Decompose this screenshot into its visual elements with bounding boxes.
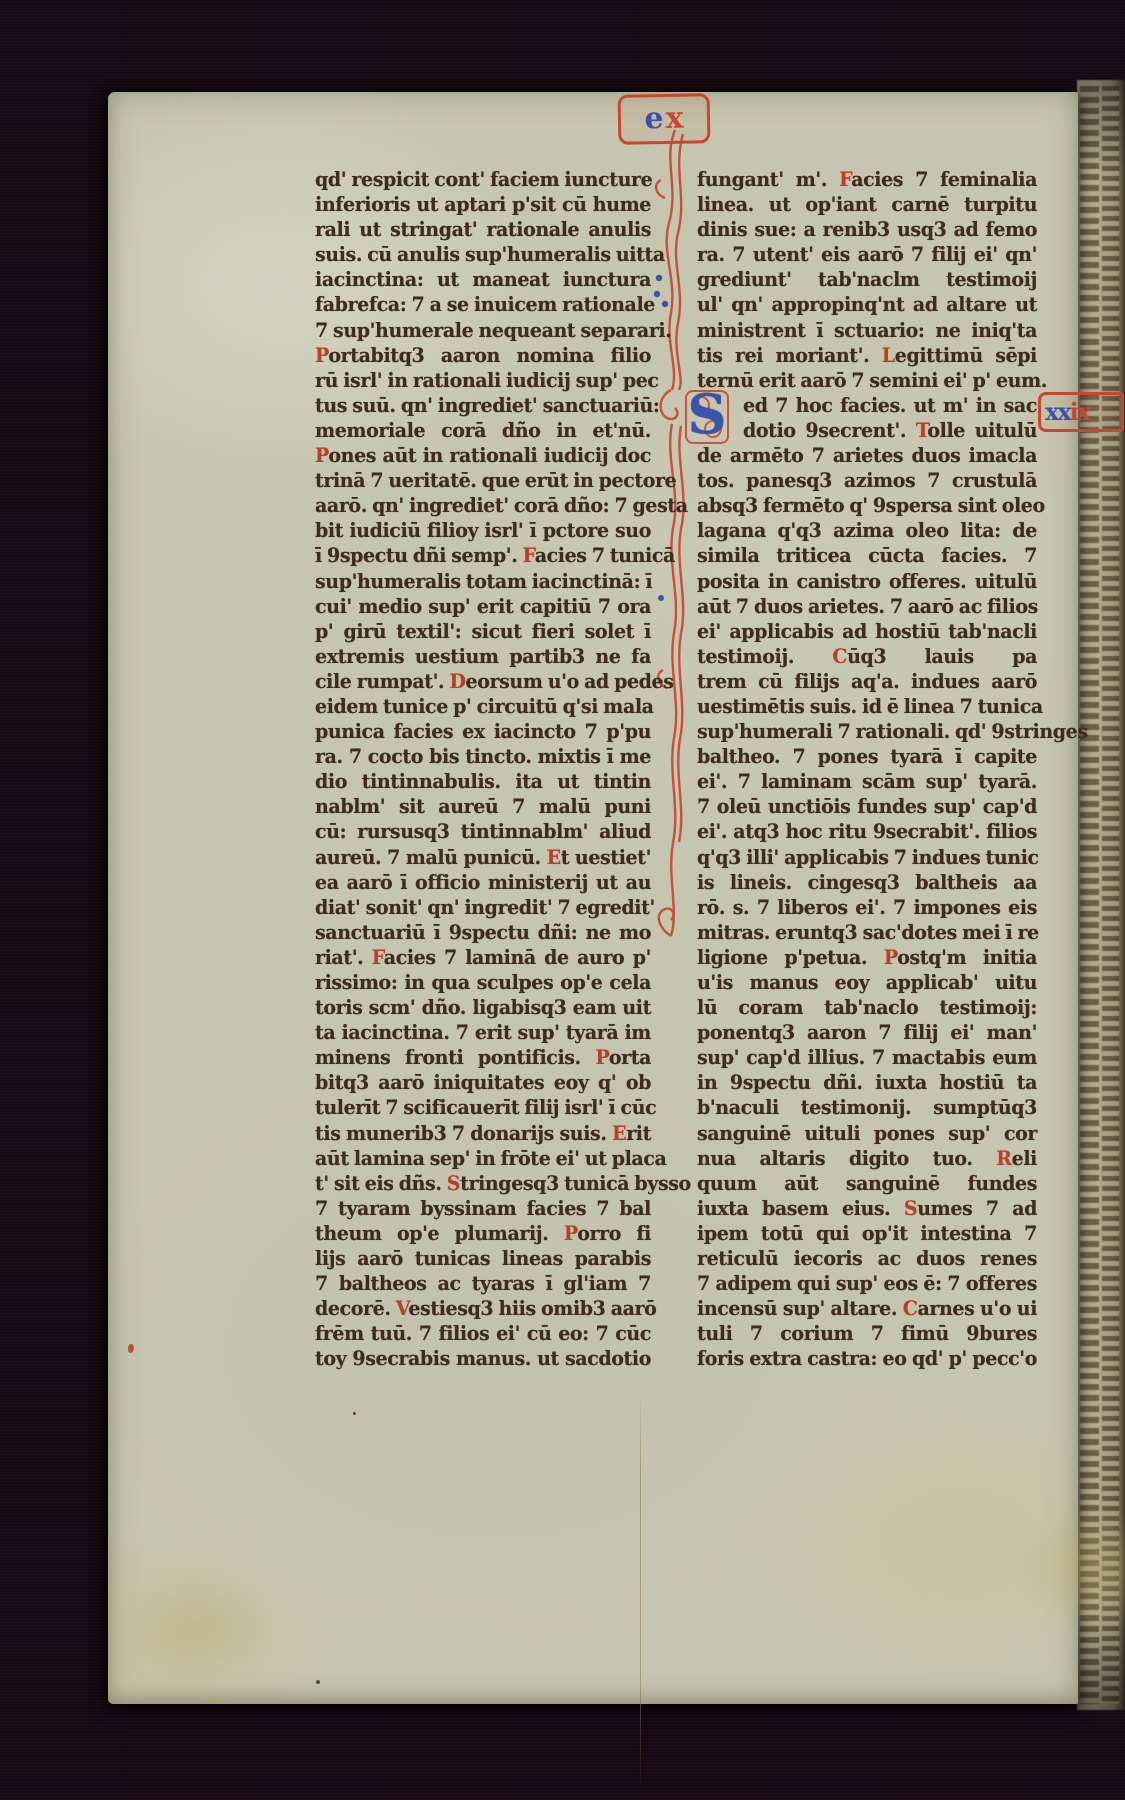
text-line: aūt lamina sep' in frōte ei' ut placa	[315, 1146, 651, 1172]
text-line: Portabitq3 aaron nomina filio	[315, 343, 651, 369]
text-line: rali ut stringat' rationale anulis	[315, 218, 651, 244]
text-line: dotio 9secrent'. Tolle uitulū	[697, 419, 1037, 445]
text-line: qd' respicit cont' faciem iuncture	[315, 168, 651, 194]
text-line: sup'humerali 7 rationali. qd' 9stringes	[697, 720, 1037, 746]
text-line: ta iacinctina. 7 erit sup' tyarā im	[315, 1021, 651, 1047]
text-line: t' sit eis dñs. Stringesq3 tunicā bysso	[315, 1171, 651, 1197]
text-line: cui' medio sup' erit capitiū 7 ora	[315, 594, 651, 620]
text-line: baltheo. 7 pones tyarā ī capite	[697, 745, 1037, 771]
text-line: 7 sup'humerale nequeant separari.	[315, 318, 651, 344]
text-line: tulerīt 7 scificauerīt filij isrl' ī cūc	[315, 1096, 651, 1122]
photo-backdrop: { "artifact": { "kind_label": "medieval …	[0, 0, 1125, 1800]
text-line: sup'humeralis totam iacinctinā: ī	[315, 569, 651, 595]
text-line: frēm tuū. 7 filios ei' cū eo: 7 cūc	[315, 1322, 651, 1348]
parchment-speck	[353, 1412, 356, 1415]
text-line: toy 9secrabis manus. ut sacdotio	[315, 1347, 651, 1373]
text-line: dio tintinnabulis. ita ut tintin	[315, 770, 651, 796]
text-line: aarō. qn' ingrediet' corā dño: 7 gesta	[315, 494, 651, 520]
text-line: foris extra castra: eo qd' p' pecc'o	[697, 1347, 1037, 1373]
text-line: bit iudiciū filioy isrl' ī pctore suo	[315, 519, 651, 545]
text-line: rissimo: in qua sculpes op'e cela	[315, 971, 651, 997]
text-line: ponentq3 aaron 7 filij ei' man'	[697, 1021, 1037, 1047]
chapter-number-char: x	[1077, 400, 1089, 424]
text-column-left: qd' respicit cont' faciem iunctureinferi…	[315, 168, 651, 1373]
text-line: punica facies ex iacincto 7 p'pu	[315, 720, 651, 746]
text-line: nua altaris digito tuo. Reli	[697, 1146, 1037, 1172]
text-line: extremis uestium partib3 ne fa	[315, 645, 651, 671]
text-line: quum aūt sanguinē fundes	[697, 1171, 1037, 1197]
text-line: in 9spectu dñi. iuxta hostiū ta	[697, 1071, 1037, 1097]
text-line: riat'. Facies 7 laminā de auro p'	[315, 946, 651, 972]
text-line: testimoij. Cūq3 lauis pa	[697, 645, 1037, 671]
text-line: sanguinē uituli pones sup' cor	[697, 1121, 1037, 1147]
text-line: lagana q'q3 azima oleo lita: de	[697, 519, 1037, 545]
text-line: absq3 fermēto q' 9spersa sint oleo	[697, 494, 1037, 520]
text-line: u'is manus eoy applicab' uitu	[697, 971, 1037, 997]
text-line: aureū. 7 malū punicū. Et uestiet'	[315, 845, 651, 871]
text-line: de armēto 7 arietes duos imacla	[697, 444, 1037, 470]
text-line: suis. cū anulis sup'humeralis uitta	[315, 243, 651, 269]
text-line: fabrefca: 7 a se inuicem rationale	[315, 293, 651, 319]
text-line: tos. panesq3 azimos 7 crustulā	[697, 469, 1037, 495]
text-line: ei' applicabis ad hostiū tab'nacli	[697, 619, 1037, 645]
text-line: nablm' sit aureū 7 malū puni	[315, 795, 651, 821]
chapter-number-char: x	[1045, 400, 1057, 424]
text-line: lū coram tab'naclo testimoij:	[697, 996, 1037, 1022]
text-line: simila triticea cūcta facies. 7	[697, 544, 1037, 570]
text-column-right: fungant' m'. Facies 7 feminalialinea. ut…	[697, 168, 1037, 1373]
text-line: toris scm' dño. ligabisq3 eam uit	[315, 996, 651, 1022]
text-line: trem cū filijs aq'a. indues aarō	[697, 670, 1037, 696]
text-line: iacinctina: ut maneat iunctura	[315, 268, 651, 294]
text-line: 7 baltheos ac tyaras ī gl'iam 7	[315, 1272, 651, 1298]
text-line: 7 adipem qui sup' eos ē: 7 offeres	[697, 1272, 1037, 1298]
text-line: aūt 7 duos arietes. 7 aarō ac filios	[697, 594, 1037, 620]
text-line: fungant' m'. Facies 7 feminalia	[697, 168, 1037, 194]
text-line: grediunt' tab'naclm testimoij	[697, 268, 1037, 294]
text-line: b'naculi testimonij. sumptūq3	[697, 1096, 1037, 1122]
text-line: uestimētis suis. id ē linea 7 tunica	[697, 695, 1037, 721]
text-line: ipem totū qui op'it intestina 7	[697, 1222, 1037, 1248]
text-line: tus suū. qn' ingrediet' sanctuariū:	[315, 394, 651, 420]
text-line: eidem tunice p' circuitū q'si mala	[315, 695, 651, 721]
text-line: cū: rursusq3 tintinnablm' aliud	[315, 820, 651, 846]
text-line: ministrent ī sctuario: ne iniq'ta	[697, 318, 1037, 344]
parchment-crease-line	[640, 1392, 641, 1792]
text-line: posita in canistro offeres. uitulū	[697, 569, 1037, 595]
text-line: 7 tyaram byssinam facies 7 bal	[315, 1197, 651, 1223]
text-line: ul' qn' appropinq'nt ad altare ut	[697, 293, 1037, 319]
text-line: inferioris ut aptari p'sit cū hume	[315, 193, 651, 219]
text-line: theum op'e plumarij. Porro fi	[315, 1222, 651, 1248]
text-line: dinis sue: a renib3 usq3 ad femo	[697, 218, 1037, 244]
text-line: rō. s. 7 liberos ei'. 7 impones eis	[697, 895, 1037, 921]
text-line: reticulū iecoris ac duos renes	[697, 1247, 1037, 1273]
text-line: cile rumpat'. Deorsum u'o ad pedes	[315, 670, 651, 696]
text-line: rū isrl' in rationali iudicij sup' pec	[315, 368, 651, 394]
text-line: trinā 7 ueritatē. que erūt in pectore	[315, 469, 651, 495]
text-line: tis rei moriant'. Legittimū sēpi	[697, 343, 1037, 369]
text-line: iuxta basem eius. Sumes 7 ad	[697, 1197, 1037, 1223]
text-line: bitq3 aarō iniquitates eoy q' ob	[315, 1071, 651, 1097]
text-line: tuli 7 corium 7 fimū 9bures	[697, 1322, 1037, 1348]
text-line: 7 oleū unctiōis fundes sup' cap'd	[697, 795, 1037, 821]
parchment-speck	[316, 1680, 320, 1684]
text-line: memoriale corā dño in et'nū.	[315, 419, 651, 445]
text-line: sanctuariū ī 9spectu dñi: ne mo	[315, 921, 651, 947]
text-line: ea aarō ī officio ministerij ut au	[315, 870, 651, 896]
chapter-number-char: x	[1057, 400, 1069, 424]
text-line: ternū erit aarō 7 semini ei' p' eum.	[697, 368, 1037, 394]
text-line: tis munerib3 7 donarijs suis. Erit	[315, 1121, 651, 1147]
chapter-number-marker: xxix	[1038, 392, 1124, 432]
text-line: lijs aarō tunicas lineas parabis	[315, 1247, 651, 1273]
text-line: ra. 7 utent' eis aarō 7 filij ei' qn'	[697, 243, 1037, 269]
text-line: is lineis. cingesq3 baltheis aa	[697, 870, 1037, 896]
text-line: ra. 7 cocto bis tincto. mixtis ī me	[315, 745, 651, 771]
text-line: ligione p'petua. Postq'm initia	[697, 946, 1037, 972]
text-line: mitras. eruntq3 sac'dotes mei ī re	[697, 921, 1037, 947]
text-line: decorē. Vestiesq3 hiis omib3 aarō	[315, 1297, 651, 1323]
red-ink-fleck	[128, 1344, 134, 1353]
text-line: ei'. 7 laminam scām sup' tyarā.	[697, 770, 1037, 796]
chapter-number-char: i	[1070, 400, 1077, 424]
text-line: diat' sonit' qn' ingredit' 7 egredit'	[315, 895, 651, 921]
text-line: sup' cap'd illius. 7 mactabis eum	[697, 1046, 1037, 1072]
text-line: p' girū textil': sicut fieri solet ī	[315, 619, 651, 645]
text-line: minens fronti pontificis. Porta	[315, 1046, 651, 1072]
text-line: ei'. atq3 hoc ritu 9secrabit'. filios	[697, 820, 1037, 846]
parchment-stain	[123, 1572, 273, 1682]
text-line: q'q3 illi' applicabis 7 indues tunic	[697, 845, 1037, 871]
text-line: ī 9spectu dñi semp'. Facies 7 tunicā	[315, 544, 651, 570]
text-line: Pones aūt in rationali iudicij doc	[315, 444, 651, 470]
text-line: linea. ut op'iant carnē turpitu	[697, 193, 1037, 219]
fore-edge-shading	[1077, 80, 1125, 1710]
book-fore-edge	[1077, 80, 1125, 1710]
text-line: incensū sup' altare. Carnes u'o ui	[697, 1297, 1037, 1323]
text-line: ed 7 hoc facies. ut m' in sac	[697, 394, 1037, 420]
